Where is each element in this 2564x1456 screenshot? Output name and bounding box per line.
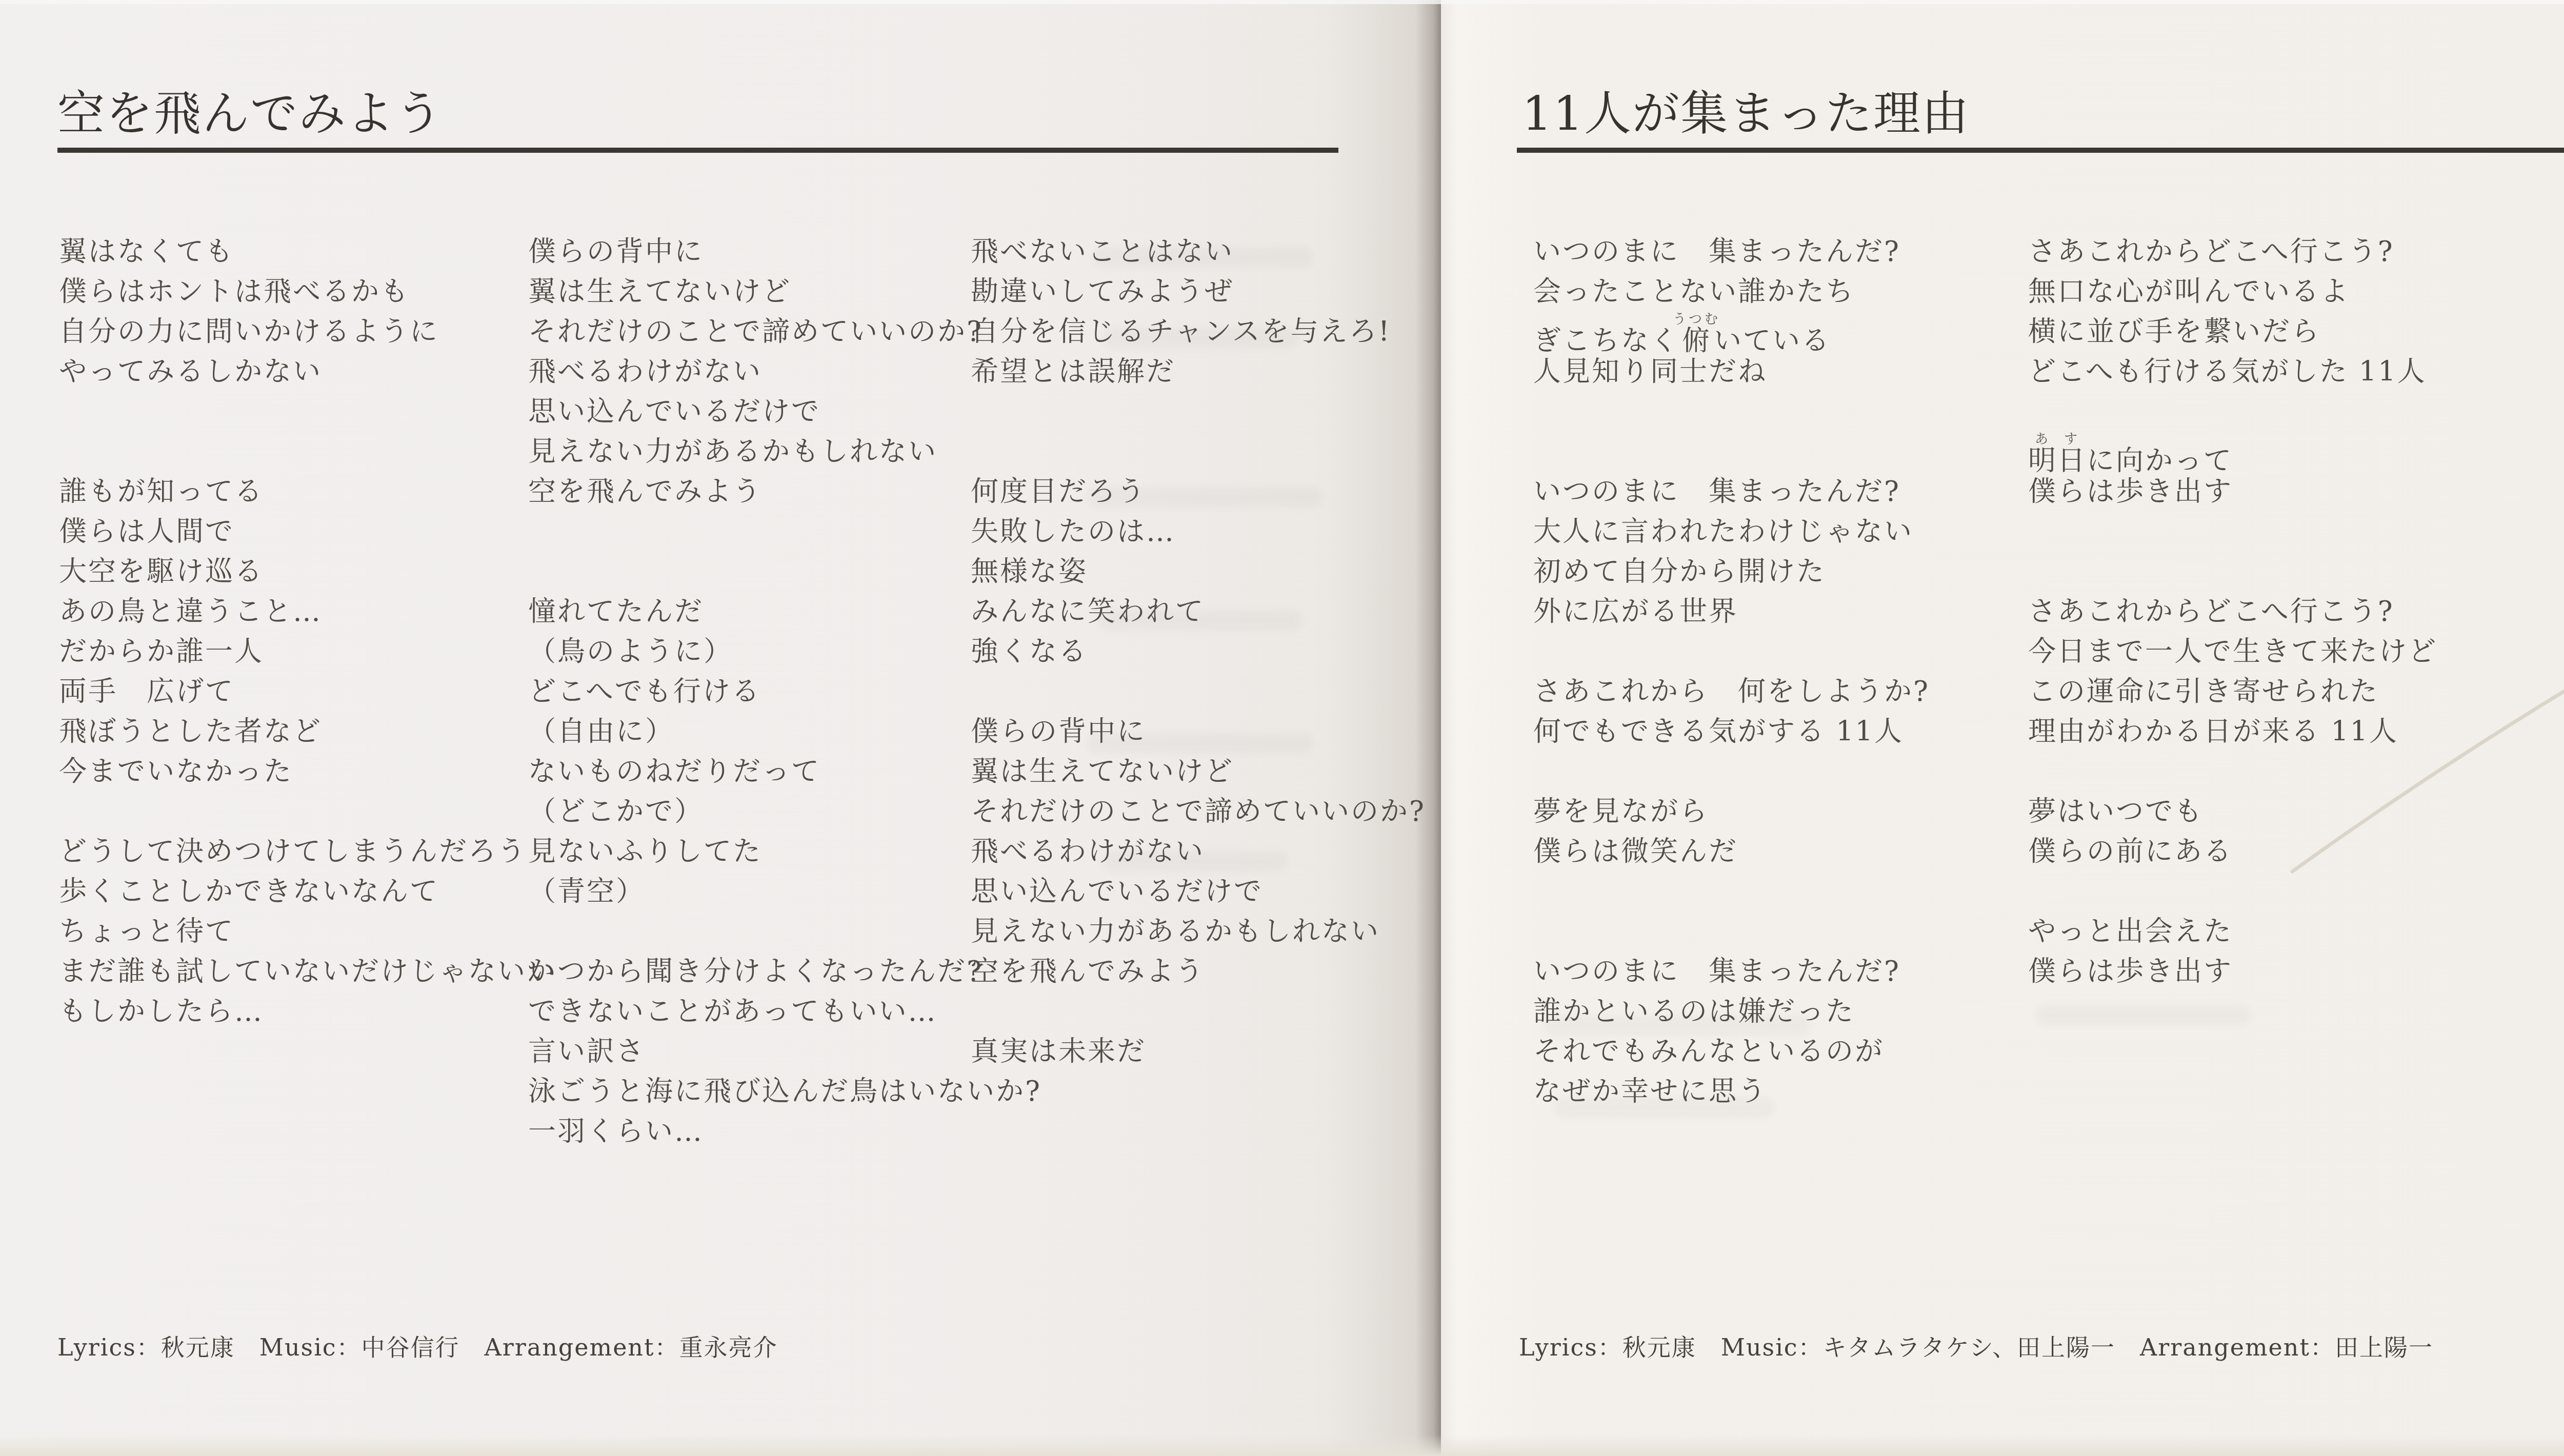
lyric-line: 失敗したのは…: [971, 512, 1426, 552]
lyric-line: 僕らはホントは飛べるかも: [59, 272, 556, 312]
lyric-stanza: いつのまに 集まったんだ?会ったことない誰かたちぎこちなく俯うつむいている人見知…: [1533, 232, 1930, 392]
lyric-line: さあこれから 何をしようか?: [1533, 672, 1930, 712]
lyric-line: いつのまに 集まったんだ?: [1533, 472, 1930, 512]
showthrough-ghost: [1087, 733, 1313, 754]
left-lyrics-column-1: 翼はなくても僕らはホントは飛べるかも自分の力に問いかけるようにやってみるしかない…: [59, 232, 556, 1032]
lyric-line: 強くなる: [971, 632, 1426, 672]
lyric-line: やってみるしかない: [59, 352, 556, 392]
lyric-stanza: いつのまに 集まったんだ?大人に言われたわけじゃない初めて自分から開けた外に広が…: [1533, 472, 1930, 632]
showthrough-ghost: [1103, 851, 1287, 872]
lyric-line: 僕らは歩き出す: [2028, 952, 2437, 992]
page-right: 11人が集まった理由 いつのまに 集まったんだ?会ったことない誰かたちぎこちなく…: [1441, 0, 2564, 1456]
lyric-line: 飛ぼうとした者など: [59, 712, 556, 752]
showthrough-ghost: [1103, 328, 1297, 349]
showthrough-ghost: [1087, 487, 1323, 508]
lyric-line: 明日あすに向かって: [2028, 432, 2437, 472]
lyric-line: この運命に引き寄せられた: [2028, 672, 2437, 712]
lyric-line: 誰もが知ってる: [59, 472, 556, 512]
lyric-line: ぎこちなく俯うつむいている: [1533, 312, 1930, 352]
lyric-line: できないことがあってもいい…: [528, 992, 1041, 1032]
lyric-line: ないものねだりだって: [528, 752, 1041, 792]
lyric-line: 僕らの前にある: [2028, 832, 2437, 872]
lyric-line: （自由に）: [528, 712, 1041, 752]
lyric-line: 見えない力があるかもしれない: [971, 912, 1426, 952]
lyric-stanza: 真実は未来だ: [971, 1032, 1426, 1071]
lyric-stanza: さあこれから 何をしようか?何でもできる気がする 11人: [1533, 672, 1930, 752]
lyric-line: さあこれからどこへ行こう?: [2028, 232, 2437, 272]
title-rule-left: [57, 148, 1338, 153]
lyric-line: 大空を駆け巡る: [59, 552, 556, 592]
lyric-line: 空を飛んでみよう: [971, 952, 1426, 992]
lyric-line: あの鳥と違うこと…: [59, 592, 556, 632]
lyric-line: 一羽くらい…: [528, 1111, 1041, 1151]
showthrough-ghost: [1092, 247, 1313, 268]
lyric-line: それだけのことで諦めていいのか?: [971, 792, 1426, 832]
lyric-stanza: 憧れてたんだ（鳥のように）どこへでも行ける（自由に）ないものねだりだって（どこか…: [528, 592, 1041, 912]
lyric-stanza: 翼はなくても僕らはホントは飛べるかも自分の力に問いかけるようにやってみるしかない: [59, 232, 556, 392]
lyric-line: どこへも行ける気がした 11人: [2028, 352, 2437, 392]
lyric-line: 泳ごうと海に飛び込んだ鳥はいないか?: [528, 1071, 1041, 1111]
lyric-line: いつのまに 集まったんだ?: [1533, 232, 1930, 272]
lyric-stanza: 夢はいつでも僕らの前にある: [2028, 792, 2437, 872]
lyric-line: 見ないふりしてた: [528, 832, 1041, 872]
lyric-line: 初めて自分から開けた: [1533, 552, 1930, 592]
left-lyrics-column-2: 僕らの背中に翼は生えてないけどそれだけのことで諦めていいのか?飛べるわけがない思…: [528, 232, 1041, 1151]
lyric-line: （青空）: [528, 872, 1041, 912]
lyric-line: 翼は生えてないけど: [528, 272, 1041, 312]
lyric-line: 大人に言われたわけじゃない: [1533, 512, 1930, 552]
scan-edge-top: [0, 0, 2564, 4]
lyric-stanza: 明日あすに向かって僕らは歩き出す: [2028, 432, 2437, 512]
lyric-line: ちょっと待て: [59, 912, 556, 952]
lyric-line: それでもみんなといるのが: [1533, 1032, 1930, 1071]
showthrough-ghost: [1544, 1015, 1810, 1036]
lyric-line: やっと出会えた: [2028, 912, 2437, 952]
lyric-line: （どこかで）: [528, 792, 1041, 832]
lyric-line: 翼は生えてないけど: [971, 752, 1426, 792]
lyric-line: まだ誰も試していないだけじゃないか: [59, 952, 556, 992]
lyric-line: 僕らは歩き出す: [2028, 472, 2437, 512]
lyric-line: それだけのことで諦めていいのか?: [528, 312, 1041, 352]
lyric-line: いつから聞き分けよくなったんだ?: [528, 952, 1041, 992]
lyric-line: 無様な姿: [971, 552, 1426, 592]
lyric-line: 僕らは人間で: [59, 512, 556, 552]
lyric-line: 会ったことない誰かたち: [1533, 272, 1930, 312]
credits-right: Lyrics：秋元康 Music：キタムラタケシ、田上陽一 Arrangemen…: [1519, 1329, 2433, 1363]
lyric-line: 思い込んでいるだけで: [971, 872, 1426, 912]
showthrough-ghost: [1097, 610, 1303, 631]
lyric-stanza: 誰もが知ってる僕らは人間で大空を駆け巡るあの鳥と違うこと…だからか誰一人両手 広…: [59, 472, 556, 792]
lyric-stanza: 僕らの背中に翼は生えてないけどそれだけのことで諦めていいのか?飛べるわけがない思…: [528, 232, 1041, 512]
right-lyrics-column-2: さあこれからどこへ行こう?無口な心が叫んでいるよ横に並び手を繋いだらどこへも行け…: [2028, 232, 2437, 992]
lyric-line: 夢はいつでも: [2028, 792, 2437, 832]
lyric-stanza: さあこれからどこへ行こう?今日まで一人で生きて来たけどこの運命に引き寄せられた理…: [2028, 592, 2437, 752]
lyric-line: どこへでも行ける: [528, 672, 1041, 712]
lyric-line: 横に並び手を繋いだら: [2028, 312, 2437, 352]
page-title-left: 空を飛んでみよう: [57, 76, 443, 144]
page-left: 空を飛んでみよう 翼はなくても僕らはホントは飛べるかも自分の力に問いかけるように…: [0, 0, 1441, 1456]
lyric-stanza: いつから聞き分けよくなったんだ?できないことがあってもいい…言い訳さ泳ごうと海に…: [528, 952, 1041, 1151]
lyric-line: さあこれからどこへ行こう?: [2028, 592, 2437, 632]
lyric-line: どうして決めつけてしまうんだろう: [59, 832, 556, 872]
lyric-line: 人見知り同士だね: [1533, 352, 1930, 392]
lyric-line: 空を飛んでみよう: [528, 472, 1041, 512]
lyric-line: 両手 広げて: [59, 672, 556, 712]
lyric-line: 僕らの背中に: [528, 232, 1041, 272]
lyric-line: 無口な心が叫んでいるよ: [2028, 272, 2437, 312]
lyric-line: 思い込んでいるだけで: [528, 392, 1041, 432]
left-lyrics-column-3: 飛べないことはない勘違いしてみようぜ自分を信じるチャンスを与えろ!希望とは誤解だ…: [971, 232, 1426, 1071]
showthrough-ghost: [2036, 1005, 2251, 1025]
lyric-line: 夢を見ながら: [1533, 792, 1930, 832]
showthrough-ghost: [1554, 1097, 1774, 1118]
lyric-line: 僕らは微笑んだ: [1533, 832, 1930, 872]
lyric-line: 理由がわかる日が来る 11人: [2028, 712, 2437, 752]
lyric-line: 真実は未来だ: [971, 1032, 1426, 1071]
lyric-line: 自分の力に問いかけるように: [59, 312, 556, 352]
lyric-line: 憧れてたんだ: [528, 592, 1041, 632]
lyric-line: 歩くことしかできないなんて: [59, 872, 556, 912]
page-title-right: 11人が集まった理由: [1522, 76, 1970, 144]
lyric-line: 言い訳さ: [528, 1032, 1041, 1071]
lyric-line: いつのまに 集まったんだ?: [1533, 952, 1930, 992]
lyric-line: 飛べるわけがない: [528, 352, 1041, 392]
scan-edge-bottom: [0, 1434, 2564, 1456]
lyric-line: 外に広がる世界: [1533, 592, 1930, 632]
booklet-spread: 空を飛んでみよう 翼はなくても僕らはホントは飛べるかも自分の力に問いかけるように…: [0, 0, 2564, 1456]
lyric-line: 希望とは誤解だ: [971, 352, 1426, 392]
title-rule-right: [1517, 148, 2564, 153]
lyric-stanza: 夢を見ながら僕らは微笑んだ: [1533, 792, 1930, 872]
lyric-line: 見えない力があるかもしれない: [528, 432, 1041, 472]
lyric-stanza: どうして決めつけてしまうんだろう歩くことしかできないなんてちょっと待てまだ誰も試…: [59, 832, 556, 1032]
lyric-line: だからか誰一人: [59, 632, 556, 672]
right-lyrics-column-1: いつのまに 集まったんだ?会ったことない誰かたちぎこちなく俯うつむいている人見知…: [1533, 232, 1930, 1111]
lyric-line: もしかしたら…: [59, 992, 556, 1032]
lyric-stanza: やっと出会えた僕らは歩き出す: [2028, 912, 2437, 992]
lyric-line: 今までいなかった: [59, 752, 556, 792]
credits-left: Lyrics：秋元康 Music：中谷信行 Arrangement：重永亮介: [57, 1329, 777, 1363]
lyric-stanza: さあこれからどこへ行こう?無口な心が叫んでいるよ横に並び手を繋いだらどこへも行け…: [2028, 232, 2437, 392]
lyric-line: （鳥のように）: [528, 632, 1041, 672]
lyric-line: 何でもできる気がする 11人: [1533, 712, 1930, 752]
lyric-line: 翼はなくても: [59, 232, 556, 272]
lyric-line: 勘違いしてみようぜ: [971, 272, 1426, 312]
lyric-line: 今日まで一人で生きて来たけど: [2028, 632, 2437, 672]
